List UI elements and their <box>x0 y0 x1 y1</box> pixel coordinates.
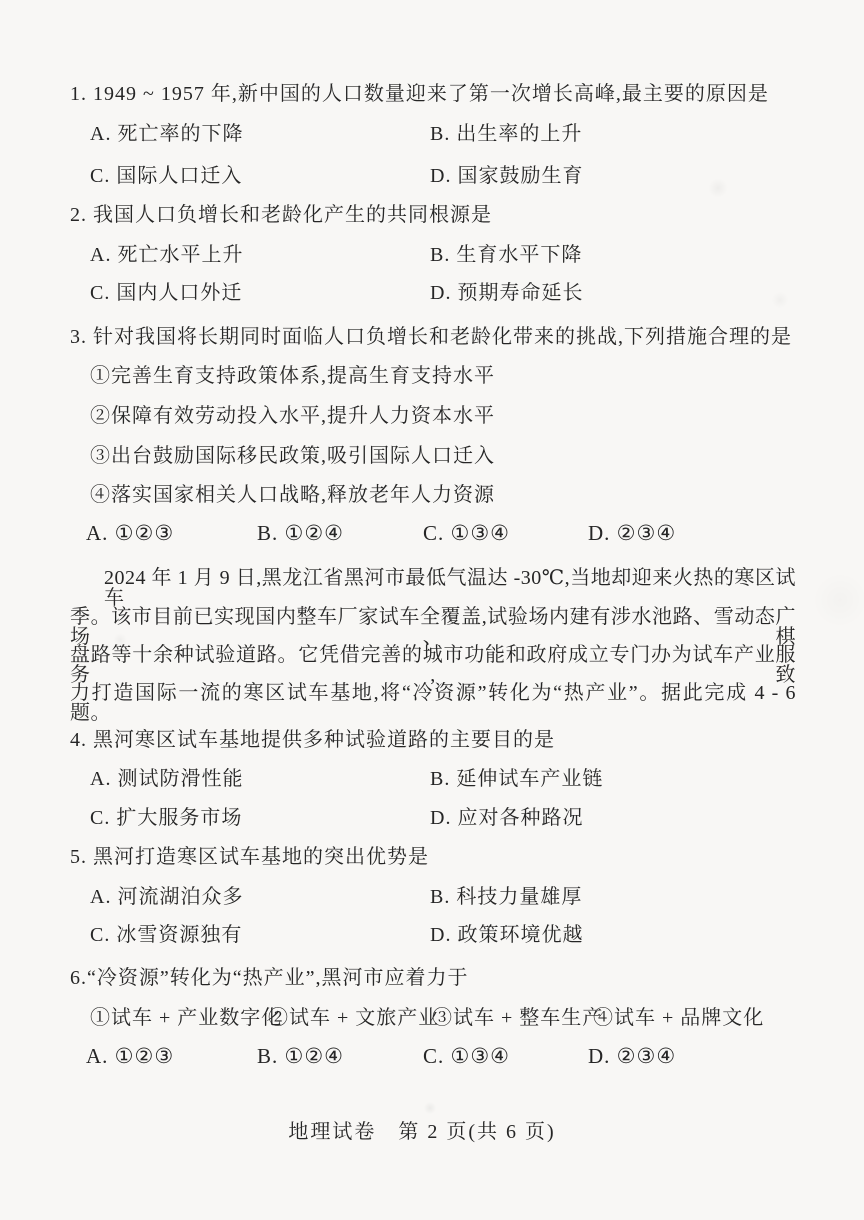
question-4-option-c: C. 扩大服务市场 <box>90 808 242 828</box>
page-footer: 地理试卷 第 2 页(共 6 页) <box>0 1122 844 1142</box>
question-3-stem: 3. 针对我国将长期同时面临人口负增长和老龄化带来的挑战,下列措施合理的是 <box>70 327 792 347</box>
question-6-item-4: ④试车 + 品牌文化 <box>593 1008 764 1028</box>
question-6-stem: 6.“冷资源”转化为“热产业”,黑河市应着力于 <box>70 968 469 988</box>
passage-line-4: 力打造国际一流的寒区试车基地,将“冷资源”转化为“热产业”。据此完成 4 - 6… <box>70 683 796 723</box>
question-5-option-d: D. 政策环境优越 <box>430 925 583 945</box>
question-2-stem: 2. 我国人口负增长和老龄化产生的共同根源是 <box>70 205 492 225</box>
question-6-answer-d: D. ②③④ <box>588 1046 676 1067</box>
question-2-option-c: C. 国内人口外迁 <box>90 283 242 303</box>
question-6-item-3: ③试车 + 整车生产 <box>432 1008 603 1028</box>
question-4-option-b: B. 延伸试车产业链 <box>430 769 603 789</box>
exam-page: 1. 1949 ~ 1957 年,新中国的人口数量迎来了第一次增长高峰,最主要的… <box>0 0 864 1220</box>
question-1-stem: 1. 1949 ~ 1957 年,新中国的人口数量迎来了第一次增长高峰,最主要的… <box>70 84 769 104</box>
question-1-option-a: A. 死亡率的下降 <box>90 124 243 144</box>
question-3-item-2: ②保障有效劳动投入水平,提升人力资本水平 <box>90 406 495 426</box>
question-4-option-d: D. 应对各种路况 <box>430 808 583 828</box>
question-6-answer-a: A. ①②③ <box>86 1046 174 1067</box>
question-2-option-b: B. 生育水平下降 <box>430 245 582 265</box>
passage-line-1: 2024 年 1 月 9 日,黑龙江省黑河市最低气温达 -30℃,当地却迎来火热… <box>70 568 796 608</box>
question-3-item-3: ③出台鼓励国际移民政策,吸引国际人口迁入 <box>90 446 495 466</box>
question-3-answer-c: C. ①③④ <box>423 523 510 544</box>
question-1-option-b: B. 出生率的上升 <box>430 124 582 144</box>
question-3-answer-b: B. ①②④ <box>257 523 344 544</box>
question-1-option-c: C. 国际人口迁入 <box>90 166 242 186</box>
passage-line-2: 季。该市目前已实现国内整车厂家试车全覆盖,试验场内建有涉水池路、雪动态广场、棋 <box>70 607 796 647</box>
question-3-answer-d: D. ②③④ <box>588 523 676 544</box>
question-1-option-d: D. 国家鼓励生育 <box>430 166 583 186</box>
question-3-answer-a: A. ①②③ <box>86 523 174 544</box>
question-6-answer-b: B. ①②④ <box>257 1046 344 1067</box>
question-5-option-b: B. 科技力量雄厚 <box>430 887 582 907</box>
question-5-option-a: A. 河流湖泊众多 <box>90 887 243 907</box>
question-2-option-d: D. 预期寿命延长 <box>430 283 583 303</box>
question-2-option-a: A. 死亡水平上升 <box>90 245 243 265</box>
question-4-stem: 4. 黑河寒区试车基地提供多种试验道路的主要目的是 <box>70 730 555 750</box>
question-6-item-2: ②试车 + 文旅产业 <box>268 1008 439 1028</box>
question-3-item-4: ④落实国家相关人口战略,释放老年人力资源 <box>90 485 495 505</box>
question-6-answer-c: C. ①③④ <box>423 1046 510 1067</box>
passage-line-3: 盘路等十余种试验道路。它凭借完善的城市功能和政府成立专门办为试车产业服务,致 <box>70 645 796 685</box>
question-5-stem: 5. 黑河打造寒区试车基地的突出优势是 <box>70 847 429 867</box>
question-5-option-c: C. 冰雪资源独有 <box>90 925 242 945</box>
question-4-option-a: A. 测试防滑性能 <box>90 769 243 789</box>
question-3-item-1: ①完善生育支持政策体系,提高生育支持水平 <box>90 366 495 386</box>
question-6-item-1: ①试车 + 产业数字化 <box>90 1008 282 1028</box>
